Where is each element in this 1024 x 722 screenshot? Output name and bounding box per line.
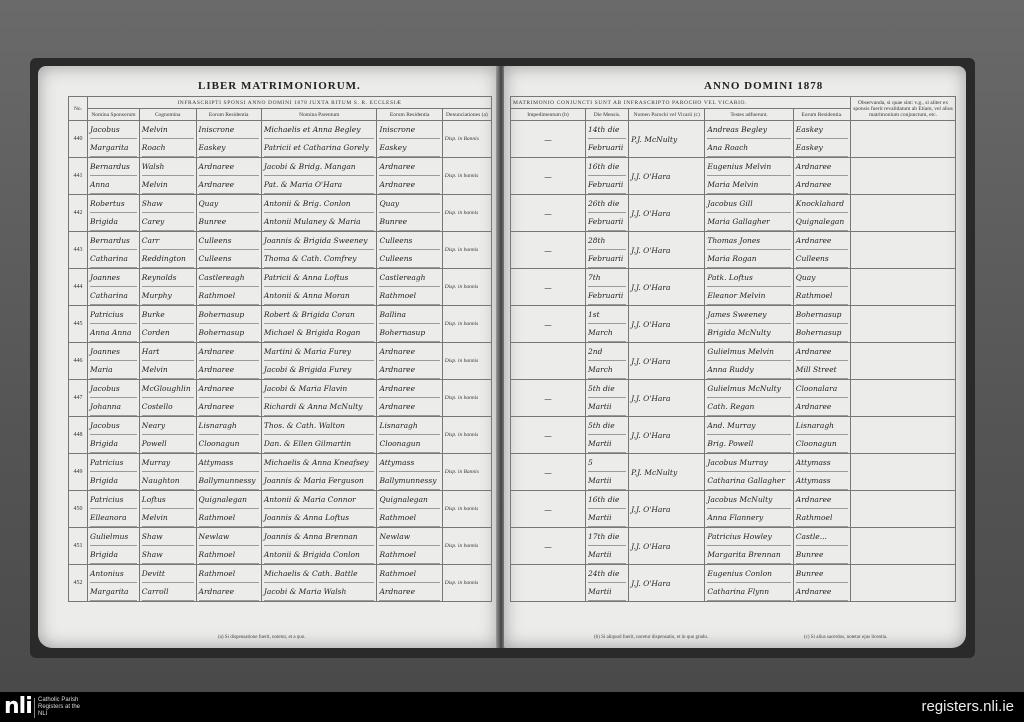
- witness-residence-line: Castle...: [796, 528, 848, 546]
- spouse-residence-line: Bunree: [199, 213, 259, 231]
- spouse-surnames: ShawCarey: [139, 195, 196, 232]
- table-row: 450PatriciusElleanoraLoftusMelvinQuignal…: [69, 491, 492, 528]
- observations: [851, 158, 956, 195]
- col-parents: Nomina Parentum: [261, 109, 377, 121]
- witnesses-line: Maria Gallagher: [707, 213, 790, 231]
- observations: [851, 491, 956, 528]
- table-row: —1stMarchJ.J. O'HaraJames SweeneyBrigida…: [511, 306, 956, 343]
- parents-names: Joannis & Brigida SweeneyThoma & Cath. C…: [261, 232, 377, 269]
- parents-names: Antonii & Maria ConnorJoannis & Anna Lof…: [261, 491, 377, 528]
- witnesses: Eugenius ConlonCatharina Flynn: [705, 565, 793, 602]
- spouse-residence-line: Rathmoel: [199, 565, 259, 583]
- observations: [851, 417, 956, 454]
- table-row: —5th dieMartiiJ.J. O'HaraAnd. MurrayBrig…: [511, 417, 956, 454]
- marriage-date-line: Martii: [588, 472, 626, 490]
- col-impediment: Impedimentum (b): [511, 109, 586, 121]
- witnesses: Andreas BegleyAna Roach: [705, 121, 793, 158]
- parents-names-line: Thos. & Cath. Walton: [264, 417, 375, 435]
- priest-name: P.J. McNulty: [629, 121, 705, 158]
- spouse-surnames: MurrayNaughton: [139, 454, 196, 491]
- spouse-names-line: Elleanora: [90, 509, 137, 527]
- witnesses-line: Margarita Brennan: [707, 546, 790, 564]
- impediment: —: [511, 417, 586, 454]
- witnesses: Thomas JonesMaria Rogan: [705, 232, 793, 269]
- parents-names-line: Joannis & Anna Brennan: [264, 528, 375, 546]
- witnesses: Patricius HowleyMargarita Brennan: [705, 528, 793, 565]
- col-witnesses: Testes adfuerunt.: [705, 109, 793, 121]
- table-row: 444JoannesCatharinaReynoldsMurphyCastler…: [69, 269, 492, 306]
- marriage-date-line: Februarii: [588, 176, 626, 194]
- observations: [851, 121, 956, 158]
- col-date: Die Mensis.: [586, 109, 629, 121]
- witness-residence-line: Bohernasup: [796, 324, 848, 342]
- impediment: —: [511, 158, 586, 195]
- spouse-surnames: CarrReddington: [139, 232, 196, 269]
- banns-note: Disp. in bannis: [442, 491, 491, 528]
- right-footnote: (b) Si aliquod fuerit, noretur dispensat…: [594, 635, 708, 640]
- priest-name: J.J. O'Hara: [629, 417, 705, 454]
- parents-names-line: Richardi & Anna McNulty: [264, 398, 375, 416]
- spouse-names: JacobusMargarita: [88, 121, 140, 158]
- image-viewer[interactable]: LIBER MATRIMONIORUM. No. INFRASCRIPTI SP…: [0, 0, 1024, 692]
- table-row: 446JoannesMariaHartMelvinArdnareeArdnare…: [69, 343, 492, 380]
- witness-residence-line: Bunree: [796, 546, 848, 564]
- spouse-residence-line: Ardnaree: [199, 583, 259, 601]
- spouse-surnames-line: Hart: [142, 343, 194, 361]
- parents-residence: CastlereaghRathmoel: [377, 269, 442, 306]
- parents-residence-line: Ardnaree: [379, 176, 439, 194]
- parents-names-line: Jacobi & Maria Flavin: [264, 380, 375, 398]
- witness-residence-line: Lisnaragh: [796, 417, 848, 435]
- witness-residence: ArdnareeRathmoel: [793, 491, 850, 528]
- witnesses: Jacobus MurrayCatharina Gallagher: [705, 454, 793, 491]
- spouse-residence-line: Culleens: [199, 232, 259, 250]
- spouse-names: PatriciusAnna Anna: [88, 306, 140, 343]
- witness-residence-line: Bohernasup: [796, 306, 848, 324]
- parents-residence-line: Newlaw: [379, 528, 439, 546]
- marriage-date-line: 28th: [588, 232, 626, 250]
- witnesses: Jacobus McNultyAnna Flannery: [705, 491, 793, 528]
- parents-names: Martini & Maria FureyJacobi & Brigida Fu…: [261, 343, 377, 380]
- spouse-names-line: Catharina: [90, 287, 137, 305]
- table-row: 24th dieMartiiJ.J. O'HaraEugenius Conlon…: [511, 565, 956, 602]
- marriage-date: 5th dieMartii: [586, 417, 629, 454]
- witness-residence-line: Easkey: [796, 121, 848, 139]
- parents-names-line: Joannis & Maria Ferguson: [264, 472, 375, 490]
- spouse-residence: BohernasupBohernasup: [196, 306, 261, 343]
- spouse-residence-line: Rathmoel: [199, 287, 259, 305]
- left-banner: INFRASCRIPTI SPONSI ANNO DOMINI 1878 JUX…: [88, 97, 492, 109]
- impediment: —: [511, 380, 586, 417]
- spouse-surnames-line: Burke: [142, 306, 194, 324]
- table-row: 451GulielmusBrigidaShawShawNewlawRathmoe…: [69, 528, 492, 565]
- spouse-names-line: Catharina: [90, 250, 137, 268]
- entry-number: 441: [69, 158, 88, 195]
- spouse-residence: CastlereaghRathmoel: [196, 269, 261, 306]
- spouse-names-line: Patricius: [90, 491, 137, 509]
- entry-number: 450: [69, 491, 88, 528]
- spouse-residence-line: Newlaw: [199, 528, 259, 546]
- spouse-surnames-line: Reynolds: [142, 269, 194, 287]
- parents-residence-line: Culleens: [379, 232, 439, 250]
- witness-residence-line: Quay: [796, 269, 848, 287]
- spouse-names-line: Brigida: [90, 546, 137, 564]
- observations: [851, 454, 956, 491]
- witnesses: James SweeneyBrigida McNulty: [705, 306, 793, 343]
- table-row: 452AntoniusMargaritaDevittCarrollRathmoe…: [69, 565, 492, 602]
- witnesses: Eugenius MelvinMaria Melvin: [705, 158, 793, 195]
- observations: [851, 232, 956, 269]
- impediment: [511, 343, 586, 380]
- spouse-residence-line: Rathmoel: [199, 546, 259, 564]
- observations: [851, 306, 956, 343]
- marriage-date: 16th dieMartii: [586, 491, 629, 528]
- spouse-residence-line: Ardnaree: [199, 176, 259, 194]
- witness-residence: QuayRathmoel: [793, 269, 850, 306]
- banns-note: Disp. in bannis: [442, 269, 491, 306]
- col-no: No.: [69, 97, 88, 121]
- site-url-link[interactable]: registers.nli.ie: [921, 698, 1014, 715]
- marriage-date-line: March: [588, 361, 626, 379]
- entry-number: 447: [69, 380, 88, 417]
- parents-residence-line: Ardnaree: [379, 361, 439, 379]
- parents-residence-line: Bunree: [379, 213, 439, 231]
- marriage-date-line: 16th die: [588, 491, 626, 509]
- table-row: —16th dieMartiiJ.J. O'HaraJacobus McNult…: [511, 491, 956, 528]
- priest-name: J.J. O'Hara: [629, 269, 705, 306]
- table-row: 440JacobusMargaritaMelvinRoachIniscroneE…: [69, 121, 492, 158]
- entry-number: 452: [69, 565, 88, 602]
- parents-names-line: Antonii Mulaney & Maria: [264, 213, 375, 231]
- marriage-date: 2ndMarch: [586, 343, 629, 380]
- parents-residence-line: Bohernasup: [379, 324, 439, 342]
- right-page-title: ANNO DOMINI 1878: [704, 80, 823, 92]
- spouse-surnames-line: McGloughlin: [142, 380, 194, 398]
- spouse-residence: NewlawRathmoel: [196, 528, 261, 565]
- spouse-surnames-line: Shaw: [142, 195, 194, 213]
- spouse-names-line: Bernardus: [90, 158, 137, 176]
- marriage-date-line: 17th die: [588, 528, 626, 546]
- marriage-date-line: Martii: [588, 509, 626, 527]
- impediment: —: [511, 232, 586, 269]
- witness-residence-line: Ardnaree: [796, 343, 848, 361]
- table-row: —26th dieFebruariiJ.J. O'HaraJacobus Gil…: [511, 195, 956, 232]
- priest-name: J.J. O'Hara: [629, 491, 705, 528]
- marriage-date-line: 2nd: [588, 343, 626, 361]
- spouse-surnames-line: Devitt: [142, 565, 194, 583]
- witnesses: Gulielmus McNultyCath. Regan: [705, 380, 793, 417]
- parents-residence: LisnaraghCloonagun: [377, 417, 442, 454]
- observations: [851, 343, 956, 380]
- witnesses-line: Brig. Powell: [707, 435, 790, 453]
- banns-note: Disp. in bannis: [442, 417, 491, 454]
- witnesses-line: Ana Roach: [707, 139, 790, 157]
- spouse-surnames-line: Carr: [142, 232, 194, 250]
- table-row: 2ndMarchJ.J. O'HaraGulielmus MelvinAnna …: [511, 343, 956, 380]
- witnesses-line: Catharina Gallagher: [707, 472, 790, 490]
- witnesses-line: Andreas Begley: [707, 121, 790, 139]
- table-row: 442RobertusBrigidaShawCareyQuayBunreeAnt…: [69, 195, 492, 232]
- witness-residence: CloonalaraArdnaree: [793, 380, 850, 417]
- witness-residence-line: Knocklahard: [796, 195, 848, 213]
- marriage-date: 17th dieMartii: [586, 528, 629, 565]
- spouse-residence-line: Ballymunnessy: [199, 472, 259, 490]
- spouse-residence: RathmoelArdnaree: [196, 565, 261, 602]
- marriage-date: 28thFebruarii: [586, 232, 629, 269]
- table-row: —17th dieMartiiJ.J. O'HaraPatricius Howl…: [511, 528, 956, 565]
- spouse-names: GulielmusBrigida: [88, 528, 140, 565]
- entry-number: 442: [69, 195, 88, 232]
- parents-residence: QuignaleganRathmoel: [377, 491, 442, 528]
- impediment: —: [511, 269, 586, 306]
- left-page-title: LIBER MATRIMONIORUM.: [198, 80, 361, 92]
- witness-residence: AttymassAttymass: [793, 454, 850, 491]
- spouse-residence-line: Quay: [199, 195, 259, 213]
- parents-names: Patricii & Anna LoftusAntonii & Anna Mor…: [261, 269, 377, 306]
- parents-names-line: Jacobi & Brigida Furey: [264, 361, 375, 379]
- spouse-surnames-line: Melvin: [142, 361, 194, 379]
- observations: [851, 565, 956, 602]
- marriage-date: 14th dieFebruarii: [586, 121, 629, 158]
- parents-names: Joannis & Anna BrennanAntonii & Brigida …: [261, 528, 377, 565]
- spouse-names-line: Brigida: [90, 213, 137, 231]
- parents-residence-line: Ardnaree: [379, 398, 439, 416]
- spouse-surnames-line: Loftus: [142, 491, 194, 509]
- spouse-residence: QuayBunree: [196, 195, 261, 232]
- parents-names: Jacobi & Maria FlavinRichardi & Anna McN…: [261, 380, 377, 417]
- marriage-date-line: Martii: [588, 435, 626, 453]
- spouse-residence: LisnaraghCloonagun: [196, 417, 261, 454]
- spouse-names: AntoniusMargarita: [88, 565, 140, 602]
- spouse-names-line: Maria: [90, 361, 137, 379]
- spouse-names-line: Jacobus: [90, 121, 137, 139]
- impediment: —: [511, 454, 586, 491]
- left-page: LIBER MATRIMONIORUM. No. INFRASCRIPTI SP…: [38, 66, 498, 648]
- parents-residence: ArdnareeArdnaree: [377, 158, 442, 195]
- parents-residence: IniscroneEaskey: [377, 121, 442, 158]
- witnesses: Jacobus GillMaria Gallagher: [705, 195, 793, 232]
- spouse-names-line: Margarita: [90, 583, 137, 601]
- witnesses-line: Maria Melvin: [707, 176, 790, 194]
- marriage-date-line: 1st: [588, 306, 626, 324]
- nli-logo-subtitle: Catholic Parish Registers at the NLI: [38, 697, 88, 718]
- nli-logo[interactable]: nli: [4, 695, 32, 719]
- spouse-residence: ArdnareeArdnaree: [196, 158, 261, 195]
- spouse-residence-line: Quignalegan: [199, 491, 259, 509]
- witness-residence-line: Bunree: [796, 565, 848, 583]
- spouse-names-line: Anna: [90, 176, 137, 194]
- spouse-surnames-line: Carroll: [142, 583, 194, 601]
- spouse-residence: IniscroneEaskey: [196, 121, 261, 158]
- parents-names: Thos. & Cath. WaltonDan. & Ellen Gilmart…: [261, 417, 377, 454]
- witness-residence-line: Mill Street: [796, 361, 848, 379]
- witness-residence: ArdnareeArdnaree: [793, 158, 850, 195]
- witnesses-line: Anna Ruddy: [707, 361, 790, 379]
- priest-name: J.J. O'Hara: [629, 565, 705, 602]
- parents-names-line: Michaelis et Anna Begley: [264, 121, 375, 139]
- witness-residence: BunreeArdnaree: [793, 565, 850, 602]
- table-row: 448JacobusBrigidaNearyPowellLisnaraghClo…: [69, 417, 492, 454]
- spouse-residence-line: Culleens: [199, 250, 259, 268]
- witnesses-line: Maria Rogan: [707, 250, 790, 268]
- table-row: 445PatriciusAnna AnnaBurkeCordenBohernas…: [69, 306, 492, 343]
- witnesses-line: Jacobus McNulty: [707, 491, 790, 509]
- witnesses-line: Gulielmus Melvin: [707, 343, 790, 361]
- col-surnames: Cognomina: [139, 109, 196, 121]
- marriage-date-line: Februarii: [588, 213, 626, 231]
- spouse-names-line: Anna Anna: [90, 324, 137, 342]
- spouse-surnames: ShawShaw: [139, 528, 196, 565]
- entry-number: 446: [69, 343, 88, 380]
- impediment: [511, 565, 586, 602]
- parents-residence-line: Iniscrone: [379, 121, 439, 139]
- spouse-surnames-line: Melvin: [142, 509, 194, 527]
- spouse-residence-line: Attymass: [199, 454, 259, 472]
- spouse-surnames-line: Carey: [142, 213, 194, 231]
- spouse-surnames-line: Costello: [142, 398, 194, 416]
- spouse-surnames: BurkeCorden: [139, 306, 196, 343]
- spouse-residence-line: Ardnaree: [199, 398, 259, 416]
- priest-name: J.J. O'Hara: [629, 380, 705, 417]
- spouse-surnames-line: Reddington: [142, 250, 194, 268]
- witnesses: Patk. LoftusEleanor Melvin: [705, 269, 793, 306]
- marriage-date: 5th dieMartii: [586, 380, 629, 417]
- spouse-names: RobertusBrigida: [88, 195, 140, 232]
- witnesses-line: Catharina Flynn: [707, 583, 790, 601]
- spouse-residence: CulleensCulleens: [196, 232, 261, 269]
- spouse-residence-line: Lisnaragh: [199, 417, 259, 435]
- spouse-surnames-line: Roach: [142, 139, 194, 157]
- left-footnote: (a) Si dispensatione fuerit, notetur, et…: [218, 635, 306, 640]
- spouse-residence-line: Ardnaree: [199, 343, 259, 361]
- marriage-date-line: March: [588, 324, 626, 342]
- witnesses-line: Patk. Loftus: [707, 269, 790, 287]
- spouse-names-line: Johanna: [90, 398, 137, 416]
- spouse-surnames-line: Murray: [142, 454, 194, 472]
- parents-residence-line: Easkey: [379, 139, 439, 157]
- col-priest: Nomen Parochi vel Vicarii (c): [629, 109, 705, 121]
- parents-names-line: Michael & Brigida Rogan: [264, 324, 375, 342]
- parents-residence: QuayBunree: [377, 195, 442, 232]
- spouse-names-line: Antonius: [90, 565, 137, 583]
- spouse-surnames: DevittCarroll: [139, 565, 196, 602]
- priest-name: J.J. O'Hara: [629, 343, 705, 380]
- spouse-names-line: Brigida: [90, 472, 137, 490]
- observations: [851, 195, 956, 232]
- table-row: —14th dieFebruariiP.J. McNultyAndreas Be…: [511, 121, 956, 158]
- spouse-surnames: MelvinRoach: [139, 121, 196, 158]
- spouse-residence-line: Easkey: [199, 139, 259, 157]
- entry-number: 443: [69, 232, 88, 269]
- banns-note: Disp. in bannis: [442, 565, 491, 602]
- witness-residence-line: Attymass: [796, 472, 848, 490]
- witnesses-line: Jacobus Murray: [707, 454, 790, 472]
- marriage-date-line: 26th die: [588, 195, 626, 213]
- spouse-residence: ArdnareeArdnaree: [196, 343, 261, 380]
- parents-residence: CulleensCulleens: [377, 232, 442, 269]
- observations: [851, 528, 956, 565]
- table-row: —5th dieMartiiJ.J. O'HaraGulielmus McNul…: [511, 380, 956, 417]
- table-row: —16th dieFebruariiJ.J. O'HaraEugenius Me…: [511, 158, 956, 195]
- priest-name: J.J. O'Hara: [629, 528, 705, 565]
- parents-names: Jacobi & Bridg. ManganPat. & Maria O'Har…: [261, 158, 377, 195]
- marriage-date-line: Martii: [588, 583, 626, 601]
- parents-names-line: Patricii & Anna Loftus: [264, 269, 375, 287]
- parents-names: Michaelis & Cath. BattleJacobi & Maria W…: [261, 565, 377, 602]
- parents-names: Robert & Brigida CoranMichael & Brigida …: [261, 306, 377, 343]
- witness-residence: KnocklahardQuignalegan: [793, 195, 850, 232]
- spouse-surnames-line: Melvin: [142, 121, 194, 139]
- spouse-residence-line: Castlereagh: [199, 269, 259, 287]
- banns-note: Disp. in bannis: [442, 380, 491, 417]
- parents-residence-line: Castlereagh: [379, 269, 439, 287]
- spouse-names-line: Bernardus: [90, 232, 137, 250]
- spouse-names: PatriciusElleanora: [88, 491, 140, 528]
- entry-number: 448: [69, 417, 88, 454]
- marriage-date-line: 7th: [588, 269, 626, 287]
- parents-names-line: Jacobi & Bridg. Mangan: [264, 158, 375, 176]
- spouse-surnames-line: Shaw: [142, 528, 194, 546]
- spouse-surnames-line: Shaw: [142, 546, 194, 564]
- witness-residence: ArdnareeMill Street: [793, 343, 850, 380]
- spouse-surnames: WalshMelvin: [139, 158, 196, 195]
- parents-residence-line: Ballymunnessy: [379, 472, 439, 490]
- marriage-date-line: 5: [588, 454, 626, 472]
- witness-residence-line: Ardnaree: [796, 491, 848, 509]
- col-residence: Eorum Residentia: [196, 109, 261, 121]
- spouse-names: JacobusBrigida: [88, 417, 140, 454]
- parents-residence-line: Lisnaragh: [379, 417, 439, 435]
- witness-residence-line: Cloonagun: [796, 435, 848, 453]
- marriage-date-line: Februarii: [588, 250, 626, 268]
- witnesses-line: James Sweeney: [707, 306, 790, 324]
- witness-residence: ArdnareeCulleens: [793, 232, 850, 269]
- banns-note: Disp. in bannis: [442, 195, 491, 232]
- witnesses: Gulielmus MelvinAnna Ruddy: [705, 343, 793, 380]
- spouse-surnames-line: Neary: [142, 417, 194, 435]
- witness-residence-line: Easkey: [796, 139, 848, 157]
- spouse-residence-line: Bohernasup: [199, 306, 259, 324]
- spouse-surnames-line: Murphy: [142, 287, 194, 305]
- table-row: 447JacobusJohannaMcGloughlinCostelloArdn…: [69, 380, 492, 417]
- spouse-names-line: Gulielmus: [90, 528, 137, 546]
- parents-names-line: Robert & Brigida Coran: [264, 306, 375, 324]
- impediment: —: [511, 195, 586, 232]
- spouse-surnames: McGloughlinCostello: [139, 380, 196, 417]
- spouse-residence: AttymassBallymunnessy: [196, 454, 261, 491]
- witnesses-line: Jacobus Gill: [707, 195, 790, 213]
- marriage-register-table-left: No. INFRASCRIPTI SPONSI ANNO DOMINI 1878…: [68, 96, 492, 602]
- impediment: —: [511, 528, 586, 565]
- parents-names-line: Antonii & Maria Connor: [264, 491, 375, 509]
- witnesses-line: Eugenius Conlon: [707, 565, 790, 583]
- right-footnote-2: (c) Si alius sacerdos, notetur ejus lice…: [804, 635, 887, 640]
- table-row: —7thFebruariiJ.J. O'HaraPatk. LoftusElea…: [511, 269, 956, 306]
- priest-name: J.J. O'Hara: [629, 306, 705, 343]
- spouse-surnames-line: Powell: [142, 435, 194, 453]
- parents-residence: ArdnareeArdnaree: [377, 380, 442, 417]
- witnesses-line: Eleanor Melvin: [707, 287, 790, 305]
- spouse-residence-line: Ardnaree: [199, 361, 259, 379]
- parents-residence: NewlawRathmoel: [377, 528, 442, 565]
- witnesses-line: Eugenius Melvin: [707, 158, 790, 176]
- right-banner: MATRIMONIO CONJUNCTI SUNT AB INFRASCRIPT…: [511, 97, 851, 109]
- parents-names-line: Antonii & Brig. Conlon: [264, 195, 375, 213]
- parents-residence-line: Rathmoel: [379, 565, 439, 583]
- col-parents-residence: Eorum Residentia: [377, 109, 442, 121]
- witness-residence-line: Ardnaree: [796, 158, 848, 176]
- spouse-surnames-line: Melvin: [142, 176, 194, 194]
